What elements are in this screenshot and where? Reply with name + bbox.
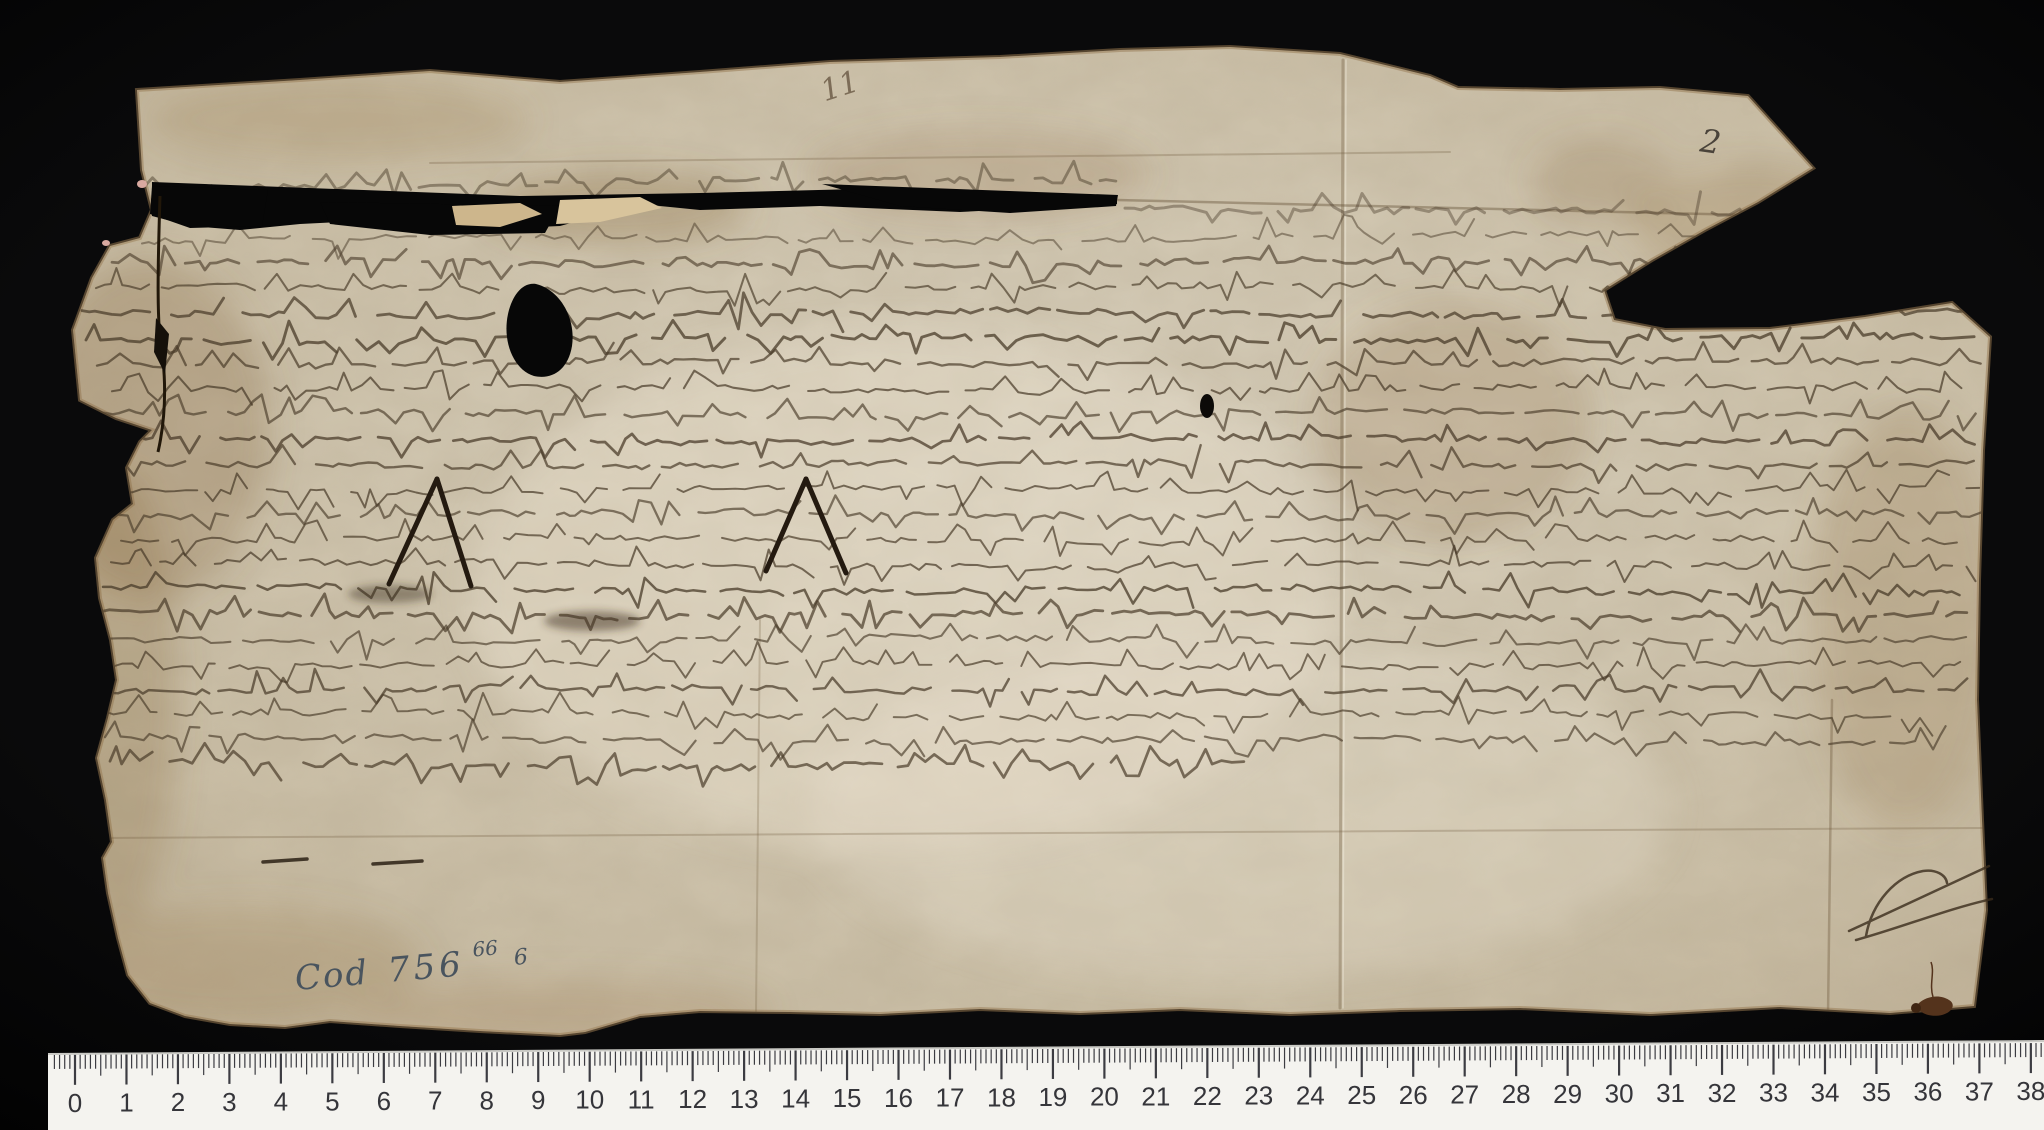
ruler-number: 36 [1913, 1077, 1942, 1107]
ruler-number: 27 [1450, 1079, 1479, 1109]
ruler-number: 15 [833, 1083, 862, 1113]
ruler-number: 24 [1296, 1080, 1325, 1110]
ruler-number: 12 [678, 1084, 707, 1114]
shelfmark-superscript: 66 [471, 935, 499, 961]
ruler-number: 9 [531, 1085, 545, 1115]
ruler-number: 30 [1605, 1079, 1634, 1109]
pink-fiber [137, 180, 147, 188]
ruler-number: 11 [628, 1084, 655, 1114]
ruler-number: 8 [480, 1085, 494, 1115]
shelfmark-number: 756 [386, 944, 466, 991]
ruler-number: 20 [1090, 1082, 1119, 1112]
ruler-number: 5 [325, 1086, 339, 1116]
ruler-number: 23 [1244, 1081, 1273, 1111]
ruler-number: 14 [781, 1084, 810, 1114]
ruler-number: 35 [1862, 1077, 1891, 1107]
ruler: 0123456789101112131415161718192021222324… [48, 1041, 2044, 1130]
ruler-number: 7 [428, 1086, 442, 1116]
ruler-number: 10 [575, 1085, 604, 1115]
pink-fiber [102, 240, 110, 246]
ruler-number: 34 [1811, 1077, 1840, 1107]
ruler-number: 25 [1347, 1080, 1376, 1110]
ruler-number: 29 [1553, 1079, 1582, 1109]
ruler-number: 31 [1656, 1078, 1685, 1108]
ruler-number: 4 [274, 1087, 288, 1117]
ruler-number: 19 [1038, 1082, 1067, 1112]
ruler-number: 0 [68, 1088, 82, 1118]
ruler-number: 6 [377, 1086, 391, 1116]
parchment-hole-small [1200, 394, 1214, 418]
ruler-number: 28 [1502, 1079, 1531, 1109]
ruler-number: 17 [936, 1083, 965, 1113]
shelfmark-prefix: Cod [293, 953, 370, 999]
shelfmark-suffix: 6 [513, 945, 529, 971]
ruler-number: 33 [1759, 1078, 1788, 1108]
ruler-number: 3 [222, 1087, 236, 1117]
ruler-number: 22 [1193, 1081, 1222, 1111]
ruler-number: 2 [171, 1087, 185, 1117]
ruler-number: 18 [987, 1082, 1016, 1112]
ruler-number: 21 [1141, 1081, 1170, 1111]
ruler-number: 37 [1965, 1076, 1994, 1106]
ruler-number: 16 [884, 1083, 913, 1113]
parchment-photo: 11 2 Cod 756 66 6 0123456789101112131415… [0, 0, 2044, 1130]
ruler-number: 38 [2016, 1076, 2044, 1106]
photo-background: 11 2 Cod 756 66 6 0123456789101112131415… [0, 0, 2044, 1130]
ruler-number: 13 [730, 1084, 759, 1114]
ruler-number: 26 [1399, 1080, 1428, 1110]
ruler-number: 1 [119, 1088, 133, 1118]
ruler-number: 32 [1708, 1078, 1737, 1108]
